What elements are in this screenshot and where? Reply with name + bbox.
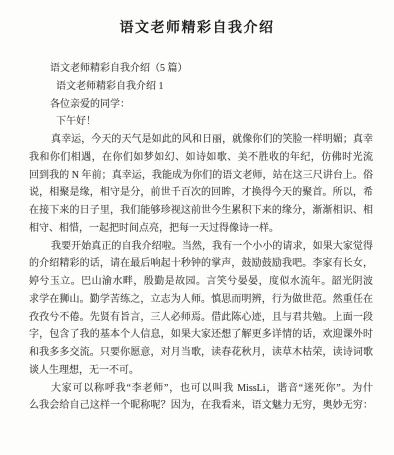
text-line: 和我多多交流。只要你愿意，对月当歌，读春花秋月，读草木枯荣，读诗词歌赋， [29,344,373,362]
text-line: 求学在狮山。勤学苦练之，立志为人师。慎思而明辨，行为做世范。然重任在肩， [29,291,373,309]
text-line: 的介绍精彩的话，请在最后响起十秒钟的掌声，鼓励鼓励我吧。李家有长女，婷 [29,255,373,273]
meta-line-part-title: 语文老师精彩自我介绍 1 [29,78,373,96]
document-body: 语文老师精彩自我介绍（5 篇） 语文老师精彩自我介绍 1 各位亲爱的同学： 下午… [0,60,394,415]
text-line: 说，相聚是缘，相守是分，前世千百次的回眸，才换得今天的聚首。所以，希望 [29,184,373,202]
text-line: 大家可以称呼我“李老师”，也可以叫我 MissLi，谐音“迷死你”。为什 [29,380,373,398]
text-line: 谈人生理想，无一不可。 [29,362,373,380]
text-line: 回到我的 N 年前；真幸运，我能成为你们的语文老师，站在这三尺讲台上。俗话 [29,167,373,185]
document-page: 语文老师精彩自我介绍 语文老师精彩自我介绍（5 篇） 语文老师精彩自我介绍 1 … [0,0,394,455]
text-line: 字，包含了我的基本个人信息，如果大家还想了解更多详情的话，欢迎课外时间 [29,326,373,344]
text-line: 我要开始真正的自我介绍啦。当然，我有一个小小的请求，如果大家觉得我 [29,238,373,256]
text-line: 相守、相惜，一起把时间点亮，把每一天过得像诗一样。 [29,220,373,238]
text-line: 孜孜兮不倦。先贤有旨言，三人必师焉。借此陈心迹，且与君共勉。上面一段文 [29,309,373,327]
greeting-line: 下午好！ [29,113,373,131]
salutation-line: 各位亲爱的同学： [29,96,373,114]
text-line: 在接下来的日子里，我们能够珍视这前世今生累积下来的缘分，渐渐相识、相知、 [29,202,373,220]
text-line: 我和你们相遇，在你们如梦如幻、如诗如歌、美不胜收的年纪，仿佛时光流转， [29,149,373,167]
meta-line-series-title: 语文老师精彩自我介绍（5 篇） [29,60,373,78]
text-line: 么我会给自己这样一个昵称呢？因为，在我看来，语文魅力无穷，奥妙无穷：学 [29,397,373,415]
text-line: 婷兮玉立。巴山渝水畔，殷勤是故园。言笑兮晏晏，度似水流年。韶光阴波转， [29,273,373,291]
text-line: 真幸运，今天的天气是如此的风和日丽，就像你们的笑脸一样明媚；真幸运， [29,131,373,149]
page-title: 语文老师精彩自我介绍 [0,0,394,37]
